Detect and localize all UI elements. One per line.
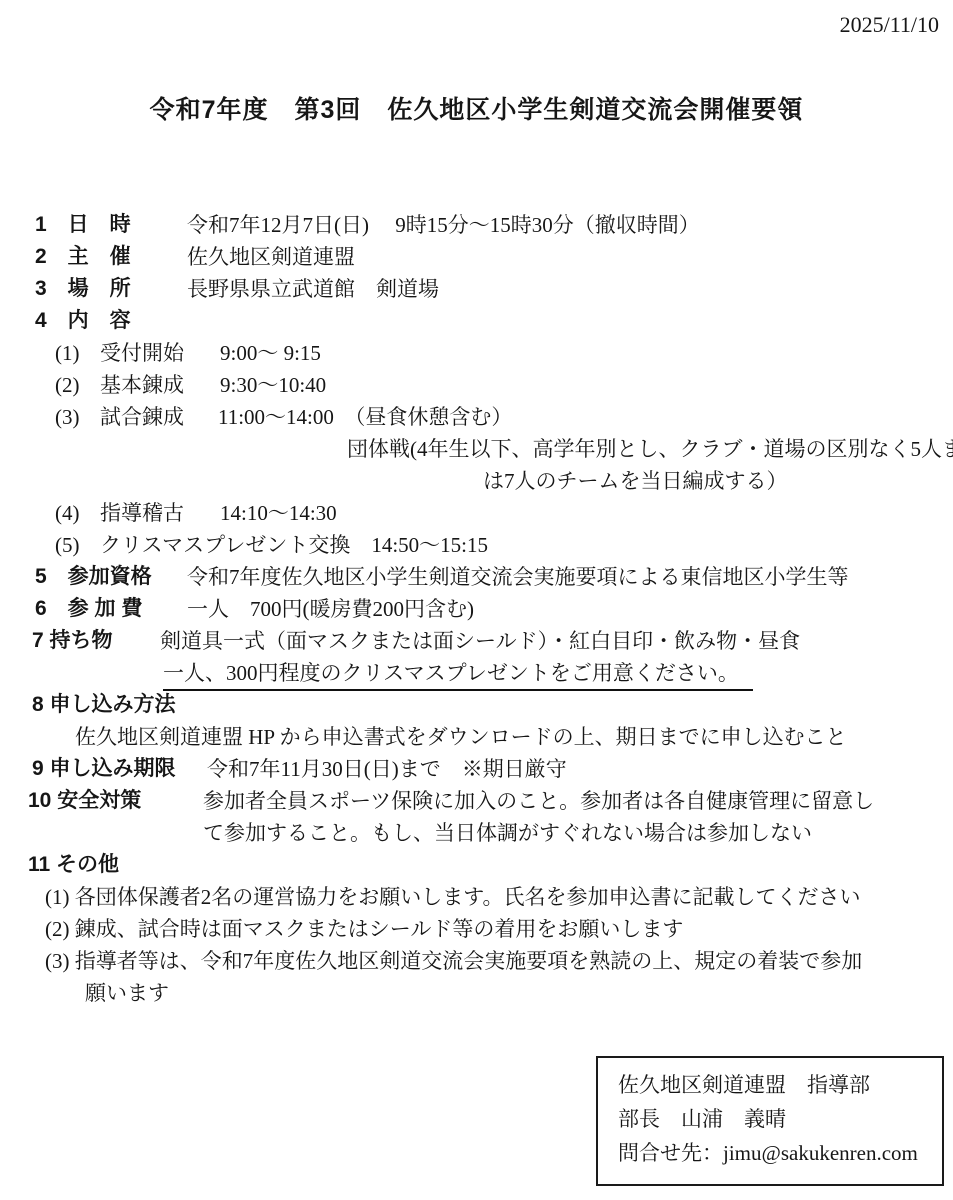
doc-line-text: 14:10～14:30: [220, 497, 337, 529]
doc-line-text: 令和7年11月30日(日)まで ※期日厳守: [207, 753, 567, 785]
doc-line: (5)クリスマスプレゼント交換 14:50～15:15: [0, 529, 953, 561]
doc-line: 願います: [0, 977, 953, 1009]
doc-line-label: 8 申し込み方法: [32, 689, 176, 721]
doc-line: (2) 錬成、試合時は面マスクまたはシールド等の着用をお願いします: [0, 913, 953, 945]
doc-line-text: 佐久地区剣道連盟 HP から申込書式をダウンロードの上、期日までに申し込むこと: [75, 721, 847, 753]
doc-line-text: (1): [55, 337, 100, 369]
doc-line-text: 受付開始: [100, 337, 220, 369]
doc-line: (1) 各団体保護者2名の運営協力をお願いします。氏名を参加申込書に記載してくだ…: [0, 881, 953, 913]
doc-line: 6 参 加 費一人 700円(暖房費200円含む): [0, 593, 953, 625]
doc-line-text: 試合錬成: [100, 401, 218, 433]
doc-line-label: 1 日 時: [35, 209, 187, 241]
doc-line: 1 日 時令和7年12月7日(日) 9時15分～15時30分（撤収時間）: [0, 209, 953, 241]
doc-line: 5 参加資格令和7年度佐久地区小学生剣道交流会実施要項による東信地区小学生等: [0, 561, 953, 593]
doc-line-label: 11 その他: [28, 849, 119, 881]
doc-line: 11 その他: [0, 849, 953, 881]
document-date: 2025/11/10: [840, 12, 939, 38]
doc-line-text: 願います: [85, 977, 169, 1009]
doc-line-label: 7 持ち物: [32, 625, 160, 657]
doc-line: (3)試合錬成11:00～14:00 （昼食休憩含む）: [0, 401, 953, 433]
doc-line: (2)基本錬成9:30～10:40: [0, 369, 953, 401]
contact-box: 佐久地区剣道連盟 指導部部長 山浦 義晴問合せ先：jimu@sakukenren…: [596, 1056, 944, 1186]
doc-line: (4)指導稽古14:10～14:30: [0, 497, 953, 529]
doc-line-label: 9 申し込み期限: [32, 753, 207, 785]
page-title: 令和7年度 第3回 佐久地区小学生剣道交流会開催要領: [0, 90, 953, 126]
doc-line-text: 佐久地区剣道連盟: [187, 241, 355, 273]
doc-line-text: (3) 指導者等は、令和7年度佐久地区剣道交流会実施要項を熟読の上、規定の着装で…: [45, 945, 862, 977]
doc-line: 4 内 容: [0, 305, 953, 337]
contact-line: 佐久地区剣道連盟 指導部: [618, 1068, 942, 1102]
doc-line-text: (1) 各団体保護者2名の運営協力をお願いします。氏名を参加申込書に記載してくだ…: [45, 881, 861, 913]
doc-line-text: 9:00～ 9:15: [220, 337, 321, 369]
doc-line-text: て参加すること。もし、当日体調がすぐれない場合は参加しない: [203, 817, 812, 849]
doc-line-text: (2) 錬成、試合時は面マスクまたはシールド等の着用をお願いします: [45, 913, 683, 945]
doc-line: て参加すること。もし、当日体調がすぐれない場合は参加しない: [0, 817, 953, 849]
doc-line-label: 10 安全対策: [28, 785, 203, 817]
doc-line-text: 基本錬成: [100, 369, 220, 401]
doc-line: は7人のチームを当日編成する）: [0, 465, 953, 497]
doc-line: 7 持ち物剣道具一式（面マスクまたは面シールド）・紅白目印・飲み物・昼食: [0, 625, 953, 657]
doc-line-text: (3): [55, 401, 100, 433]
doc-line-text: (4): [55, 497, 100, 529]
doc-line: 8 申し込み方法: [0, 689, 953, 721]
doc-line-label: 4 内 容: [35, 305, 131, 337]
contact-line: 部長 山浦 義晴: [618, 1102, 942, 1136]
doc-line-text: (2): [55, 369, 100, 401]
doc-line-text: クリスマスプレゼント交換 14:50～15:15: [100, 529, 488, 561]
doc-line-text: 団体戦(4年生以下、高学年別とし、クラブ・道場の区別なく5人また: [347, 433, 953, 465]
document-body: 1 日 時令和7年12月7日(日) 9時15分～15時30分（撤収時間）2 主 …: [0, 209, 953, 1009]
doc-line-label: 6 参 加 費: [35, 593, 187, 625]
doc-line-label: 5 参加資格: [35, 561, 187, 593]
doc-line: (3) 指導者等は、令和7年度佐久地区剣道交流会実施要項を熟読の上、規定の着装で…: [0, 945, 953, 977]
doc-line-text: 参加者全員スポーツ保険に加入のこと。参加者は各自健康管理に留意し: [203, 785, 874, 817]
doc-line: 3 場 所長野県県立武道館 剣道場: [0, 273, 953, 305]
doc-line-text: 剣道具一式（面マスクまたは面シールド）・紅白目印・飲み物・昼食: [160, 625, 800, 657]
doc-line-text: 一人、300円程度のクリスマスプレゼントをご用意ください。: [163, 657, 753, 691]
doc-line-label: 3 場 所: [35, 273, 187, 305]
doc-line-text: 9:30～10:40: [220, 369, 326, 401]
doc-line-text: は7人のチームを当日編成する）: [483, 465, 788, 497]
document-page: 2025/11/10 令和7年度 第3回 佐久地区小学生剣道交流会開催要領 1 …: [0, 0, 953, 1200]
doc-line: 佐久地区剣道連盟 HP から申込書式をダウンロードの上、期日までに申し込むこと: [0, 721, 953, 753]
doc-line: 10 安全対策参加者全員スポーツ保険に加入のこと。参加者は各自健康管理に留意し: [0, 785, 953, 817]
doc-line: 団体戦(4年生以下、高学年別とし、クラブ・道場の区別なく5人また: [0, 433, 953, 465]
doc-line: 一人、300円程度のクリスマスプレゼントをご用意ください。: [0, 657, 953, 689]
doc-line: 9 申し込み期限令和7年11月30日(日)まで ※期日厳守: [0, 753, 953, 785]
doc-line: (1)受付開始9:00～ 9:15: [0, 337, 953, 369]
doc-line: 2 主 催佐久地区剣道連盟: [0, 241, 953, 273]
doc-line-text: 長野県県立武道館 剣道場: [187, 273, 439, 305]
doc-line-text: 指導稽古: [100, 497, 220, 529]
contact-line: 問合せ先：jimu@sakukenren.com: [618, 1136, 942, 1170]
doc-line-label: 2 主 催: [35, 241, 187, 273]
doc-line-text: 一人 700円(暖房費200円含む): [187, 593, 474, 625]
doc-line-text: (5): [55, 529, 100, 561]
doc-line-text: 令和7年度佐久地区小学生剣道交流会実施要項による東信地区小学生等: [187, 561, 849, 593]
doc-line-text: 11:00～14:00 （昼食休憩含む）: [218, 401, 512, 433]
doc-line-text: 令和7年12月7日(日) 9時15分～15時30分（撤収時間）: [187, 209, 700, 241]
